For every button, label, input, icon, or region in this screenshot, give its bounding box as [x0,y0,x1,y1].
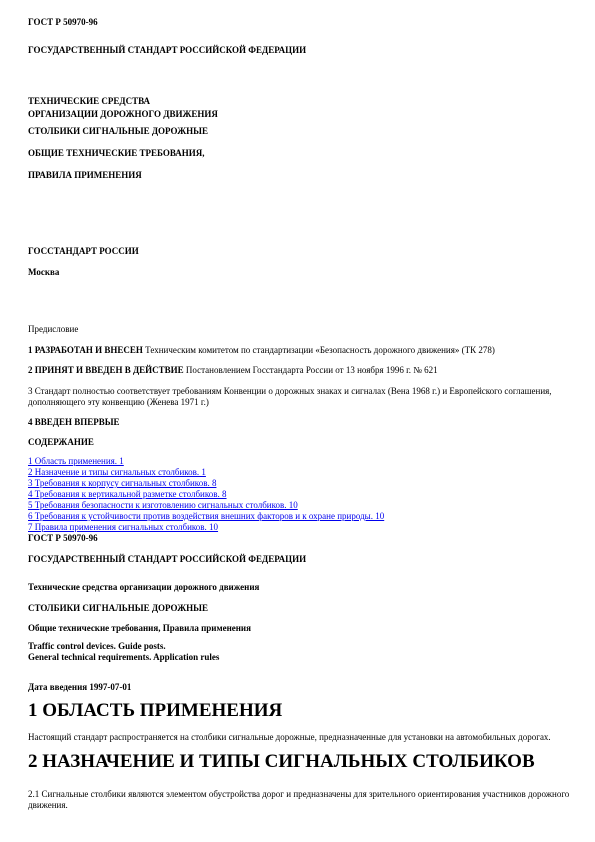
doc-title-english: Traffic control devices. Guide posts.Gen… [28,641,577,663]
doc-requirements-body: Общие технические требования, Правила пр… [28,623,577,634]
doc-subject-body: СТОЛБИКИ СИГНАЛЬНЫЕ ДОРОЖНЫЕ [28,603,577,614]
toc-link-7[interactable]: 7 Правила применения сигнальных столбико… [28,522,218,533]
foreword-item-2: 2 ПРИНЯТ И ВВЕДЕН В ДЕЙСТВИЕ Постановлен… [28,365,577,376]
toc-link-1[interactable]: 1 Область применения. 1 [28,456,124,467]
doc-subtitle-body: Технические средства организации дорожно… [28,582,577,593]
section-2-paragraph: 2.1 Сигнальные столбики являются элемент… [28,789,577,811]
english-line2: General technical requirements. Applicat… [28,652,219,662]
toc-link-5[interactable]: 5 Требования безопасности к изготовлению… [28,500,298,511]
publisher-city: Москва [28,267,577,278]
doc-requirements-top: ОБЩИЕ ТЕХНИЧЕСКИЕ ТРЕБОВАНИЯ, [28,148,577,159]
section-1-paragraph: Настоящий стандарт распространяется на с… [28,732,577,743]
foreword-item-3-text: 3 Стандарт полностью соответствует требо… [28,386,552,407]
foreword-item-4: 4 ВВЕДЕН ВПЕРВЫЕ [28,417,577,428]
foreword-heading: Предисловие [28,324,577,335]
foreword-item-1-bold: 1 РАЗРАБОТАН И ВНЕСЕН [28,345,143,355]
toc-link-4[interactable]: 4 Требования к вертикальной разметке сто… [28,489,227,500]
toc-link-3[interactable]: 3 Требования к корпусу сигнальных столби… [28,478,216,489]
doc-code-top: ГОСТ Р 50970-96 [28,17,577,28]
toc-link-6[interactable]: 6 Требования к устойчивости против возде… [28,511,384,522]
doc-title-line2: ОРГАНИЗАЦИИ ДОРОЖНОГО ДВИЖЕНИЯ [28,109,218,119]
foreword-item-4-bold: 4 ВВЕДЕН ВПЕРВЫЕ [28,417,120,427]
foreword-item-2-bold: 2 ПРИНЯТ И ВВЕДЕН В ДЕЙСТВИЕ [28,365,184,375]
document-page: ГОСТ Р 50970-96 ГОСУДАРСТВЕННЫЙ СТАНДАРТ… [0,0,595,842]
section-1-heading: 1 ОБЛАСТЬ ПРИМЕНЕНИЯ [28,700,577,722]
foreword-item-1: 1 РАЗРАБОТАН И ВНЕСЕН Техническим комите… [28,345,577,356]
standard-type-body: ГОСУДАРСТВЕННЫЙ СТАНДАРТ РОССИЙСКОЙ ФЕДЕ… [28,554,577,565]
foreword-item-1-text: Техническим комитетом по стандартизации … [143,345,495,355]
doc-subject-top: СТОЛБИКИ СИГНАЛЬНЫЕ ДОРОЖНЫЕ [28,126,577,137]
foreword-item-2-text: Постановлением Госстандарта России от 13… [184,365,438,375]
doc-code-body: ГОСТ Р 50970-96 [28,533,577,544]
doc-title: ТЕХНИЧЕСКИЕ СРЕДСТВАОРГАНИЗАЦИИ ДОРОЖНОГ… [28,95,577,121]
contents-heading: СОДЕРЖАНИЕ [28,437,577,448]
doc-rules-top: ПРАВИЛА ПРИМЕНЕНИЯ [28,170,577,181]
table-of-contents: 1 Область применения. 1 2 Назначение и т… [28,456,577,533]
publisher: ГОССТАНДАРТ РОССИИ [28,246,577,257]
section-2-heading: 2 НАЗНАЧЕНИЕ И ТИПЫ СИГНАЛЬНЫХ СТОЛБИКОВ [28,751,577,773]
toc-link-2[interactable]: 2 Назначение и типы сигнальных столбиков… [28,467,206,478]
doc-title-line1: ТЕХНИЧЕСКИЕ СРЕДСТВА [28,96,150,106]
standard-type-top: ГОСУДАРСТВЕННЫЙ СТАНДАРТ РОССИЙСКОЙ ФЕДЕ… [28,45,577,56]
effective-date: Дата введения 1997-07-01 [28,682,577,693]
foreword-item-3: 3 Стандарт полностью соответствует требо… [28,386,577,408]
english-line1: Traffic control devices. Guide posts. [28,641,166,651]
